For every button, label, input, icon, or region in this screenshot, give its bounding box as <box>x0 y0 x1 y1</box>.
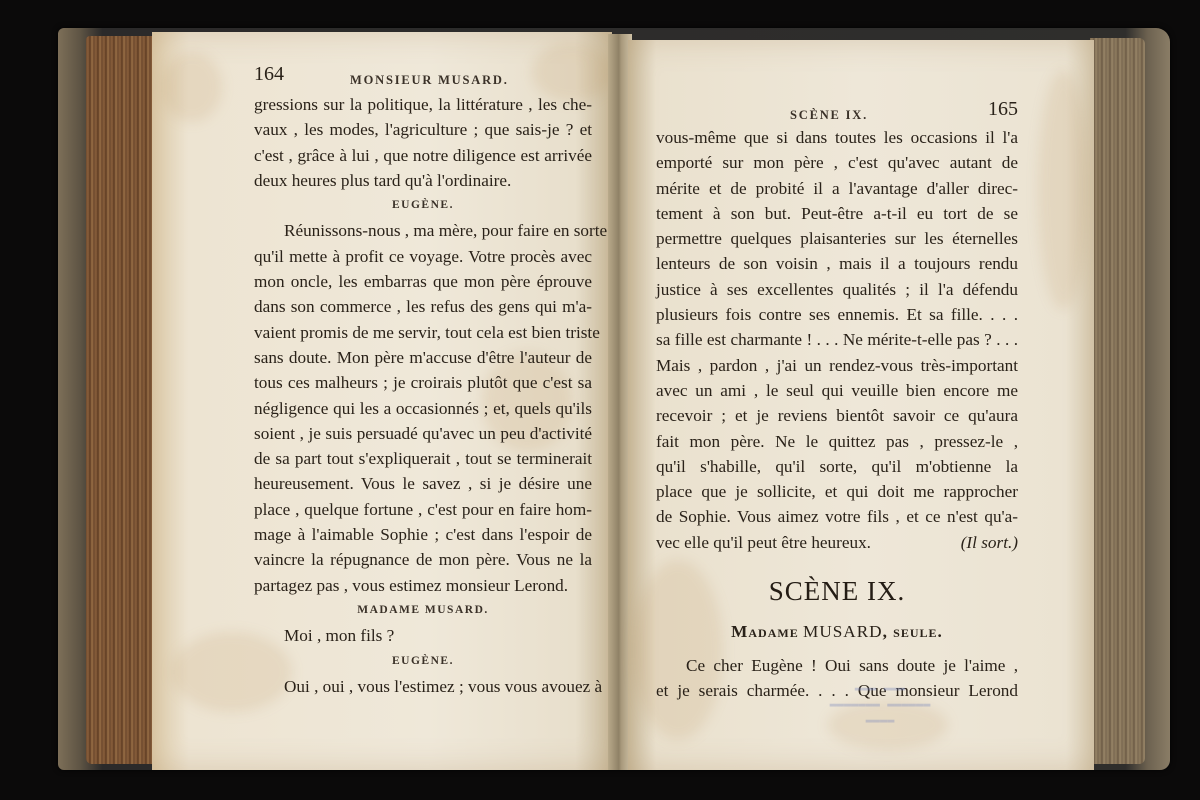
text-line: sa fille est charmante ! . . . Ne mérite… <box>656 327 1018 352</box>
left-page-text: 164 MONSIEUR MUSARD. gressions sur la po… <box>254 60 592 699</box>
stage-direction: (Il sort.) <box>961 530 1018 555</box>
text-line: mérite et de probité il a l'avantage d'a… <box>656 176 1018 201</box>
text-line: deux heures plus tard qu'à l'ordinaire. <box>254 168 592 193</box>
text-line: négligence qui les a occasionnés ; et, q… <box>254 396 592 421</box>
text-line: tement à son but. Peut-être a-t-il eu to… <box>656 201 1018 226</box>
speaker-name: EUGÈNE. <box>254 649 592 674</box>
text-line: place que je sollicite, et qui doit me r… <box>656 479 1018 504</box>
speaker-name: MADAME MUSARD. <box>254 598 592 623</box>
text-line: vous-même que si dans toutes les occasio… <box>656 125 1018 150</box>
text-line: de sa part tout s'expliquerait , tout se… <box>254 446 592 471</box>
text-line: emporté sur mon père , c'est qu'avec aut… <box>656 150 1018 175</box>
text-line: qu'il mette à profit ce voyage. Votre pr… <box>254 244 592 269</box>
right-page-header: SCÈNE IX. 165 <box>656 95 1018 125</box>
text-line: gressions sur la politique, la littératu… <box>254 92 592 117</box>
text-line: vec elle qu'il peut être heureux. (Il so… <box>656 530 1018 555</box>
text-line: vaient promis de me servir, tout cela es… <box>254 320 592 345</box>
text-line: heureusement. Vous le savez , si je dési… <box>254 471 592 496</box>
page-number: 165 <box>988 97 1018 122</box>
speaker-name: EUGÈNE. <box>254 193 592 218</box>
text-line: Oui , oui , vous l'estimez ; vous vous a… <box>254 674 592 699</box>
text-line: Ce cher Eugène ! Oui sans doute je l'aim… <box>656 653 1018 678</box>
scene-cast: Madame MUSARD, seule. <box>656 619 1018 645</box>
text-line: permettre quelques plaisanteries sur les… <box>656 226 1018 251</box>
cast-name: MUSARD <box>803 622 883 641</box>
cast-title: Madame <box>731 622 799 641</box>
text-line: c'est , grâce à lui , que notre diligenc… <box>254 143 592 168</box>
text-line: qu'il s'habille, qu'il sorte, qu'il m'ob… <box>656 454 1018 479</box>
left-page-header: 164 MONSIEUR MUSARD. <box>254 60 592 92</box>
text-line: vaux , les modes, l'agriculture ; que sa… <box>254 117 592 142</box>
page-edges-right <box>1090 38 1145 764</box>
text-line: sans doute. Mon père m'accuse d'être l'a… <box>254 345 592 370</box>
text-line: fait mon père. Ne le quittez pas , press… <box>656 429 1018 454</box>
page-number: 164 <box>254 62 284 87</box>
text-line: mon oncle, les embarras que mon père épr… <box>254 269 592 294</box>
text-line: justice à ses excellentes qualités ; il … <box>656 277 1018 302</box>
cast-note: , seule. <box>883 622 943 641</box>
text-line: place , quelque fortune , c'est pour en … <box>254 497 592 522</box>
text-line: de Sophie. Vous aimez votre fils , et ce… <box>656 504 1018 529</box>
text-line: plusieurs fois contre ses ennemis. Et sa… <box>656 302 1018 327</box>
text-line: Mais , pardon , j'ai un rendez-vous très… <box>656 353 1018 378</box>
text-line: vaincre la répugnance de mon père. Vous … <box>254 547 592 572</box>
text-line: avec un ami , le seul qui veuille bien e… <box>656 378 1018 403</box>
running-head: MONSIEUR MUSARD. <box>350 68 509 93</box>
text-line: lenteurs de son voisin , mais il a toujo… <box>656 251 1018 276</box>
text-line-content: vec elle qu'il peut être heureux. <box>656 530 871 555</box>
right-page-text: SCÈNE IX. 165 vous-même que si dans tout… <box>656 95 1018 704</box>
text-line: partagez pas , vous estimez monsieur Ler… <box>254 573 592 598</box>
text-line: recevoir ; et je reviens bientôt savoir … <box>656 403 1018 428</box>
text-line: tous ces malheurs ; je croirais plutôt q… <box>254 370 592 395</box>
scene-title: SCÈNE IX. <box>656 571 1018 611</box>
text-line: soient , je suis persuadé qu'avec un peu… <box>254 421 592 446</box>
text-line: mage à l'aimable Sophie ; c'est dans l'e… <box>254 522 592 547</box>
text-line: dans son commerce , les refus des gens q… <box>254 294 592 319</box>
text-line: Réunissons-nous , ma mère, pour faire en… <box>254 218 592 243</box>
faded-library-stamp: ▬▬▬ ▬▬▬▬▬▬▬▬▬▬ ▬▬▬▬▬▬▬▬▬▬ <box>760 680 1000 728</box>
text-line: Moi , mon fils ? <box>254 623 592 648</box>
running-head: SCÈNE IX. <box>790 103 868 128</box>
